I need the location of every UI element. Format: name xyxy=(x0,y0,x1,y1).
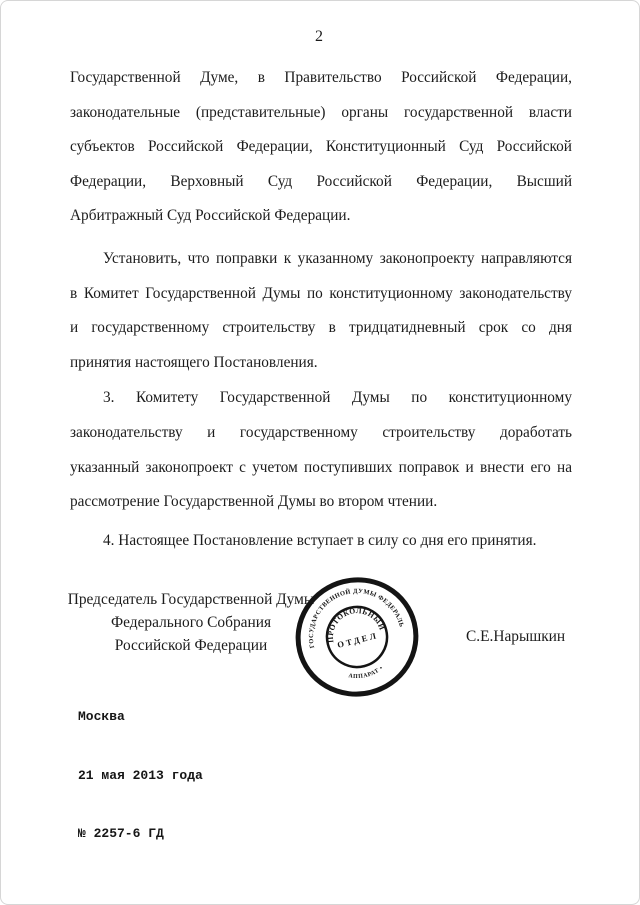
body-line: и государственному строительству в тридц… xyxy=(70,311,572,346)
issue-city: Москва xyxy=(78,707,203,727)
document-body: Государственной Думе, в Правительство Ро… xyxy=(70,61,572,558)
body-line: Установить, что поправки к указанному за… xyxy=(70,242,572,277)
body-line: рассмотрение Государственной Думы во вто… xyxy=(70,485,572,520)
body-line: указанный законопроект с учетом поступив… xyxy=(70,451,572,486)
body-line: субъектов Российской Федерации, Конститу… xyxy=(70,130,572,165)
stamp-center-text: ОТДЕЛ xyxy=(336,630,379,650)
signature-title-line: Федерального Собрания xyxy=(65,611,317,634)
signature-title-line: Российской Федерации xyxy=(65,634,317,657)
body-line: принятия настоящего Постановления. xyxy=(70,346,572,381)
body-line: Арбитражный Суд Российской Федерации. xyxy=(70,199,572,234)
body-line: в Комитет Государственной Думы по консти… xyxy=(70,277,572,312)
document-page: 2 Государственной Думе, в Правительство … xyxy=(0,0,640,905)
body-line: Государственной Думе, в Правительство Ро… xyxy=(70,61,572,96)
issue-number: № 2257-6 ГД xyxy=(78,824,203,844)
issue-date: 21 мая 2013 года xyxy=(78,766,203,786)
page-number: 2 xyxy=(1,28,637,46)
official-seal-stamp: ГОСУДАРСТВЕННОЙ ДУМЫ ФЕДЕРАЛЬНОГО СОБРАН… xyxy=(281,563,433,712)
body-line: законодательству и государственному стро… xyxy=(70,416,572,451)
body-line: 4. Настоящее Постановление вступает в си… xyxy=(70,524,572,559)
body-line: 3. Комитету Государственной Думы по конс… xyxy=(70,381,572,416)
signature-title-block: Председатель Государственной Думы Федера… xyxy=(65,588,317,657)
issue-details-block: Москва 21 мая 2013 года № 2257-6 ГД xyxy=(78,668,203,883)
signature-title-line: Председатель Государственной Думы xyxy=(65,588,317,611)
body-line: законодательные (представительные) орган… xyxy=(70,96,572,131)
signatory-name: С.Е.Нарышкин xyxy=(466,628,565,646)
body-line: Федерации, Верховный Суд Российской Феде… xyxy=(70,165,572,200)
stamp-seal-svg: ГОСУДАРСТВЕННОЙ ДУМЫ ФЕДЕРАЛЬНОГО СОБРАН… xyxy=(281,563,433,712)
